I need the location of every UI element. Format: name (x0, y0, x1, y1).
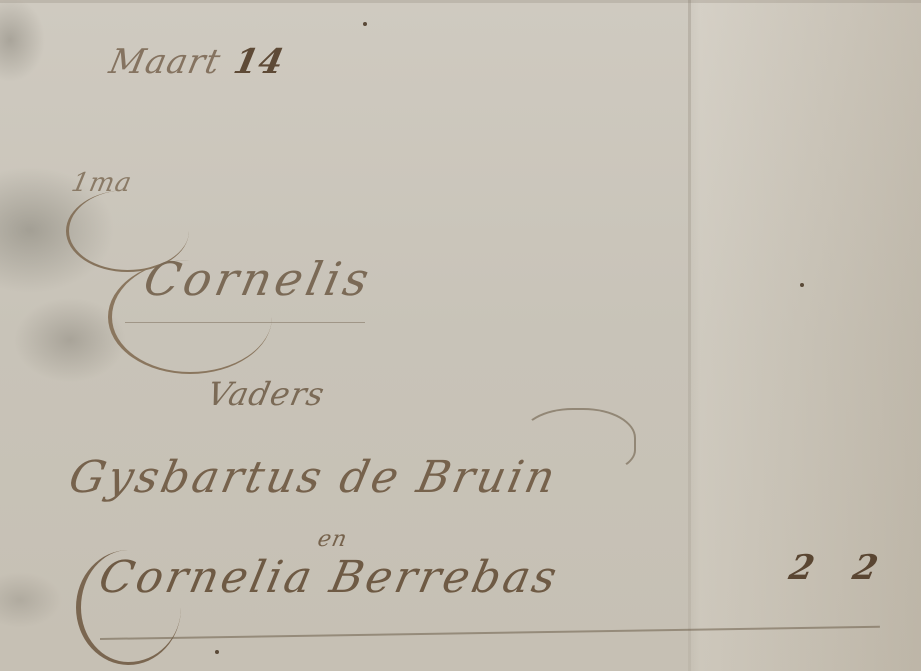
paper-fold-line (688, 0, 691, 671)
mother-name: Cornelia Berrebas (95, 552, 564, 603)
month: Maart (106, 42, 225, 82)
parents-label: Vaders (204, 375, 328, 413)
ink-speck (363, 22, 367, 26)
document-page: Maart14 1ma Cornelis Vaders Gysbartus de… (0, 0, 921, 671)
ordinal: 1ma (69, 168, 135, 198)
child-name: Cornelis (139, 252, 377, 306)
underline (125, 322, 365, 323)
top-edge (0, 0, 921, 3)
day: 14 (230, 42, 288, 82)
ink-speck (800, 283, 804, 287)
date-line: Maart14 (106, 42, 288, 82)
ink-speck (215, 650, 219, 654)
closing-rule (100, 626, 880, 640)
conjunction: en (315, 527, 350, 552)
margin-mark: 2 2 (786, 548, 896, 588)
father-name: Gysbartus de Bruin (65, 452, 563, 503)
